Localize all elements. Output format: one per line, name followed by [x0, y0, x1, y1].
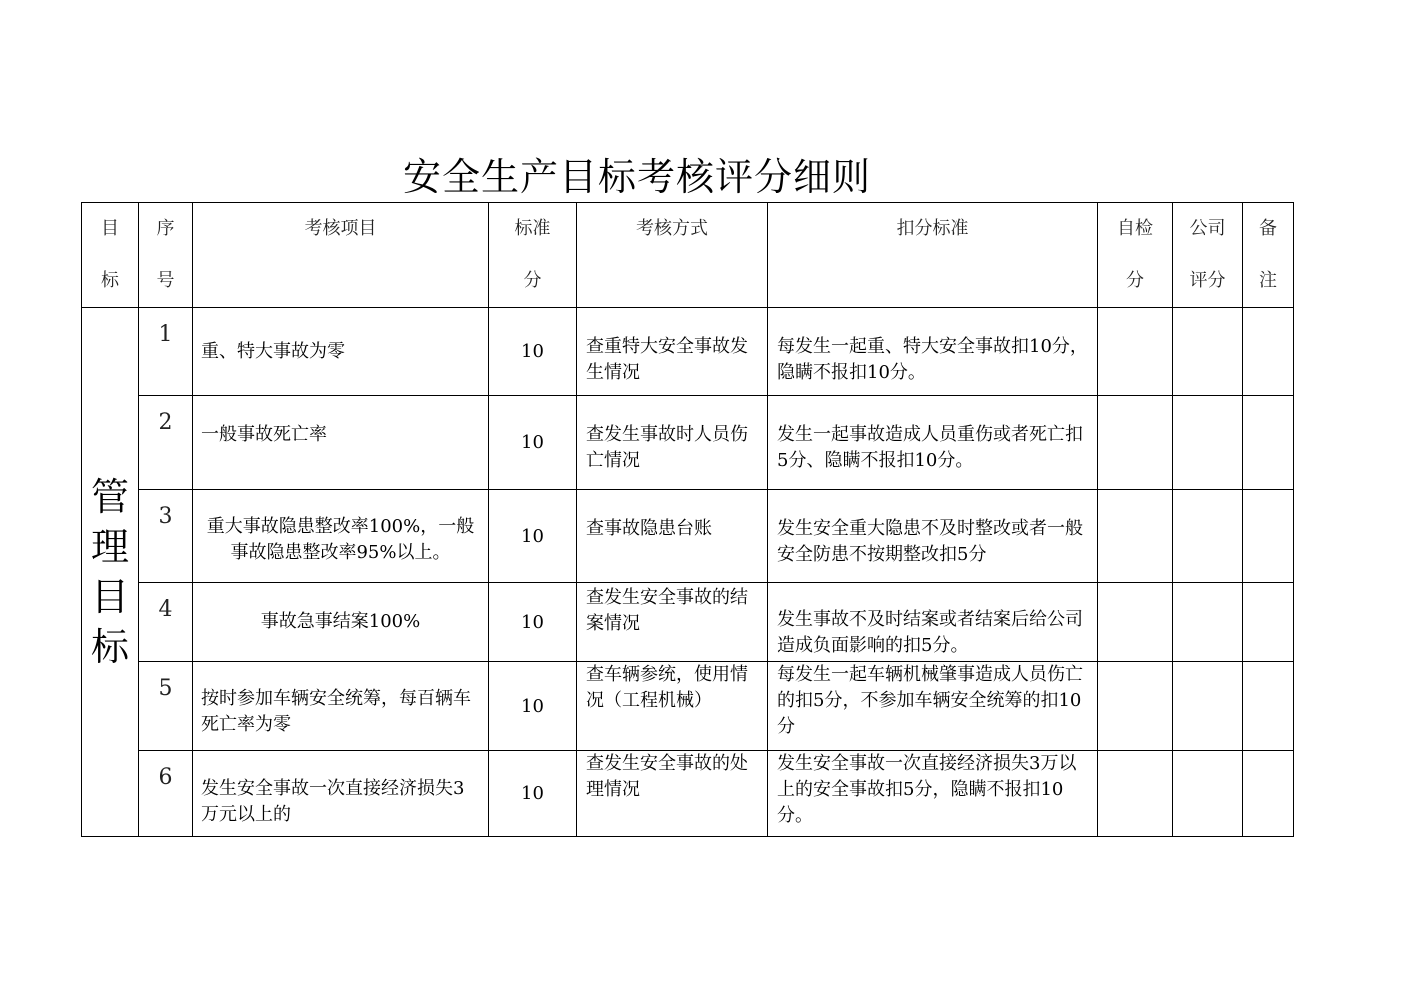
header-self-check: 自检 分 — [1098, 203, 1173, 308]
row-company-score-cell[interactable] — [1173, 751, 1243, 837]
row-self-check-cell[interactable] — [1098, 751, 1173, 837]
row-standard: 10 — [489, 751, 577, 837]
row-self-check-cell[interactable] — [1098, 662, 1173, 751]
assessment-table: 目 标 序 号 考核项目 标准 分 考核方式 扣分标准 自检 分 公司 评分 备 — [81, 202, 1294, 837]
row-seq: 6 — [139, 751, 193, 837]
row-standard: 10 — [489, 662, 577, 751]
row-seq: 2 — [139, 396, 193, 490]
row-item: 发生安全事故一次直接经济损失3万元以上的 — [193, 751, 489, 837]
header-goal: 目 标 — [82, 203, 139, 308]
row-company-score-cell[interactable] — [1173, 662, 1243, 751]
row-remarks-cell[interactable] — [1243, 308, 1294, 396]
row-standard: 10 — [489, 490, 577, 583]
row-remarks-cell[interactable] — [1243, 490, 1294, 583]
row-company-score-cell[interactable] — [1173, 583, 1243, 662]
row-deduction: 发生一起事故造成人员重伤或者死亡扣5分、隐瞒不报扣10分。 — [768, 396, 1098, 490]
row-remarks-cell[interactable] — [1243, 583, 1294, 662]
row-seq: 4 — [139, 583, 193, 662]
row-method: 查事故隐患台账 — [577, 490, 768, 583]
table-row: 5 按时参加车辆安全统筹，每百辆车死亡率为零 10 查车辆参统，使用情况（工程机… — [82, 662, 1294, 751]
row-seq: 3 — [139, 490, 193, 583]
row-standard: 10 — [489, 308, 577, 396]
row-item: 一般事故死亡率 — [193, 396, 489, 490]
row-method: 查发生安全事故的结案情况 — [577, 583, 768, 662]
goal-group-cell: 管 理 目 标 — [82, 308, 139, 837]
row-remarks-cell[interactable] — [1243, 662, 1294, 751]
row-seq: 5 — [139, 662, 193, 751]
row-standard: 10 — [489, 583, 577, 662]
table-row: 2 一般事故死亡率 10 查发生事故时人员伤亡情况 发生一起事故造成人员重伤或者… — [82, 396, 1294, 490]
table-header-row: 目 标 序 号 考核项目 标准 分 考核方式 扣分标准 自检 分 公司 评分 备 — [82, 203, 1294, 308]
header-remarks: 备 注 — [1243, 203, 1294, 308]
row-self-check-cell[interactable] — [1098, 490, 1173, 583]
row-method: 查发生事故时人员伤亡情况 — [577, 396, 768, 490]
row-item: 重、特大事故为零 — [193, 308, 489, 396]
row-company-score-cell[interactable] — [1173, 308, 1243, 396]
row-company-score-cell[interactable] — [1173, 396, 1243, 490]
row-deduction: 每发生一起重、特大安全事故扣10分，隐瞒不报扣10分。 — [768, 308, 1098, 396]
header-seq: 序 号 — [139, 203, 193, 308]
row-method: 查车辆参统，使用情况（工程机械） — [577, 662, 768, 751]
row-deduction: 发生安全重大隐患不及时整改或者一般安全防患不按期整改扣5分 — [768, 490, 1098, 583]
document-title: 安全生产目标考核评分细则 — [403, 152, 871, 202]
header-item: 考核项目 — [193, 203, 489, 308]
row-method: 查重特大安全事故发生情况 — [577, 308, 768, 396]
row-deduction: 每发生一起车辆机械肇事造成人员伤亡的扣5分，不参加车辆安全统筹的扣10分 — [768, 662, 1098, 751]
row-remarks-cell[interactable] — [1243, 396, 1294, 490]
header-standard: 标准 分 — [489, 203, 577, 308]
row-self-check-cell[interactable] — [1098, 308, 1173, 396]
table-row: 管 理 目 标 1 重、特大事故为零 10 查重特大安全事故发生情况 每发生一起… — [82, 308, 1294, 396]
row-item: 事故急事结案100% — [193, 583, 489, 662]
row-standard: 10 — [489, 396, 577, 490]
row-remarks-cell[interactable] — [1243, 751, 1294, 837]
row-method: 查发生安全事故的处理情况 — [577, 751, 768, 837]
table-row: 3 重大事故隐患整改率100%，一般事故隐患整改率95%以上。 10 查事故隐患… — [82, 490, 1294, 583]
header-deduction: 扣分标准 — [768, 203, 1098, 308]
row-company-score-cell[interactable] — [1173, 490, 1243, 583]
row-item: 重大事故隐患整改率100%，一般事故隐患整改率95%以上。 — [193, 490, 489, 583]
table-row: 6 发生安全事故一次直接经济损失3万元以上的 10 查发生安全事故的处理情况 发… — [82, 751, 1294, 837]
row-item: 按时参加车辆安全统筹，每百辆车死亡率为零 — [193, 662, 489, 751]
table-row: 4 事故急事结案100% 10 查发生安全事故的结案情况 发生事故不及时结案或者… — [82, 583, 1294, 662]
header-company-score: 公司 评分 — [1173, 203, 1243, 308]
header-method: 考核方式 — [577, 203, 768, 308]
row-self-check-cell[interactable] — [1098, 396, 1173, 490]
row-deduction: 发生事故不及时结案或者结案后给公司造成负面影响的扣5分。 — [768, 583, 1098, 662]
row-self-check-cell[interactable] — [1098, 583, 1173, 662]
row-deduction: 发生安全事故一次直接经济损失3万以上的安全事故扣5分，隐瞒不报扣10分。 — [768, 751, 1098, 837]
row-seq: 1 — [139, 308, 193, 396]
